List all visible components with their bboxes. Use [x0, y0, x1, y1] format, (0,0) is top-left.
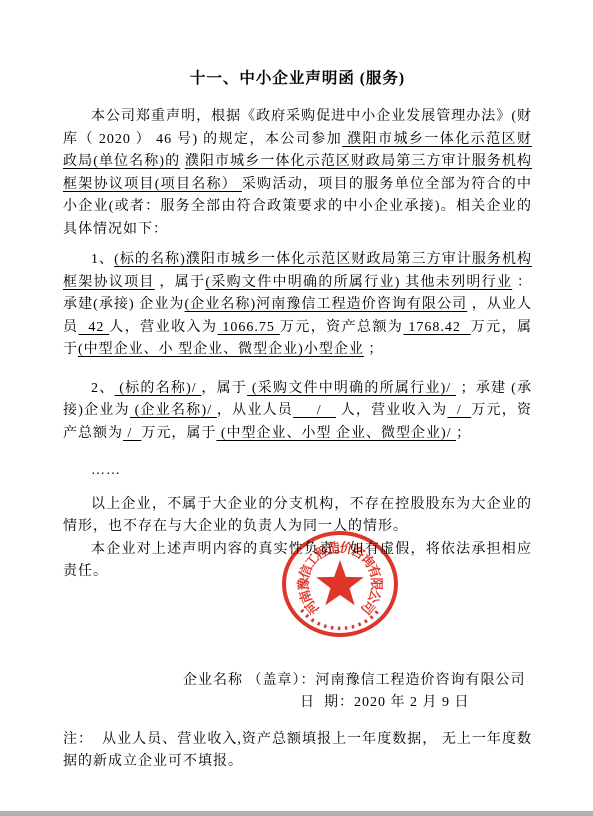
blank-filled-value: (标的名称)/	[114, 381, 201, 396]
paragraph-intro: 本公司郑重声明，根据《政府采购促进中小企业发展管理办法》(财库（ 2020 ） …	[63, 106, 532, 241]
page-title: 十一、中小企业声明函 (服务)	[63, 66, 532, 88]
blank-filled-value: 1768.42	[403, 320, 470, 335]
blank-filled-value: (中型企业、小型 企业、微型企业)/	[216, 426, 456, 441]
paragraph-closing-1: 以上企业，不属于大企业的分支机构，不存在控股股东为大企业的情形，也不存在与大企业…	[63, 494, 532, 539]
text-run: 万元，资产总额为	[280, 320, 404, 335]
blank-filled-value: 42	[78, 320, 109, 335]
page-boundary-bar	[0, 811, 593, 816]
text-run: ，属于	[155, 275, 206, 290]
blank-filled-value: 1066.75	[217, 320, 279, 335]
text-run: ，从业人员	[217, 403, 293, 418]
text-run: 人，营业收入为	[109, 320, 217, 335]
signature-date-line: 日 期：2020 年 2 月 9 日	[63, 692, 532, 715]
text-run: ；	[364, 342, 384, 357]
blank-filled-value: (采购文件中明确的所属行业)/	[247, 381, 456, 396]
text-run: 1、	[91, 252, 114, 267]
text-run: ，属于	[201, 381, 247, 396]
blank-filled-value: (企业名称)/	[130, 403, 217, 418]
paragraph-ellipsis: ……	[63, 460, 532, 483]
document-page: { "title": "十一、中小企业声明函 (服务)", "body": { …	[0, 0, 593, 816]
blank-filled-value: /	[123, 426, 141, 441]
blank-filled-value: /	[293, 403, 336, 418]
signature-company-line: 企业名称 （盖章）：河南豫信工程造价咨询有限公司	[63, 670, 532, 693]
text-run: 万元，属于	[141, 426, 216, 441]
paragraph-closing-2: 本企业对上述声明内容的真实性负责。如有虚假，将依法承担相应责任。	[63, 539, 532, 584]
signature-block: 企业名称 （盖章）：河南豫信工程造价咨询有限公司 日 期：2020 年 2 月 …	[63, 670, 532, 715]
blank-filled-value: (企业名称)河南豫信工程造价咨询有限公司	[184, 297, 467, 312]
blank-filled-value: /	[447, 403, 471, 418]
note-block: 注： 从业人员、营业收入,资产总额填报上一年度数据， 无上一年度数据的新成立企业…	[63, 729, 532, 774]
text-run: ；	[456, 426, 471, 441]
note-text: 注： 从业人员、营业收入,资产总额填报上一年度数据， 无上一年度数据的新成立企业…	[63, 729, 532, 774]
text-run: 人，营业收入为	[336, 403, 447, 418]
blank-filled-value: (中型企业、小 型企业、微型企业)小型企业	[78, 342, 364, 357]
blank-filled-value: (采购文件中明确的所属行业) 其他未列明行业	[205, 275, 512, 290]
page-content: 十一、中小企业声明函 (服务) 本公司郑重声明，根据《政府采购促进中小企业发展管…	[63, 66, 532, 774]
paragraph-item-1: 1、(标的名称)濮阳市城乡一体化示范区财政局第三方审计服务机构框架协议项目 ，属…	[63, 249, 532, 362]
text-run: 2、	[91, 381, 114, 396]
paragraph-item-2: 2、 (标的名称)/ ，属于 (采购文件中明确的所属行业)/ ；承建 (承接)企…	[63, 378, 532, 446]
